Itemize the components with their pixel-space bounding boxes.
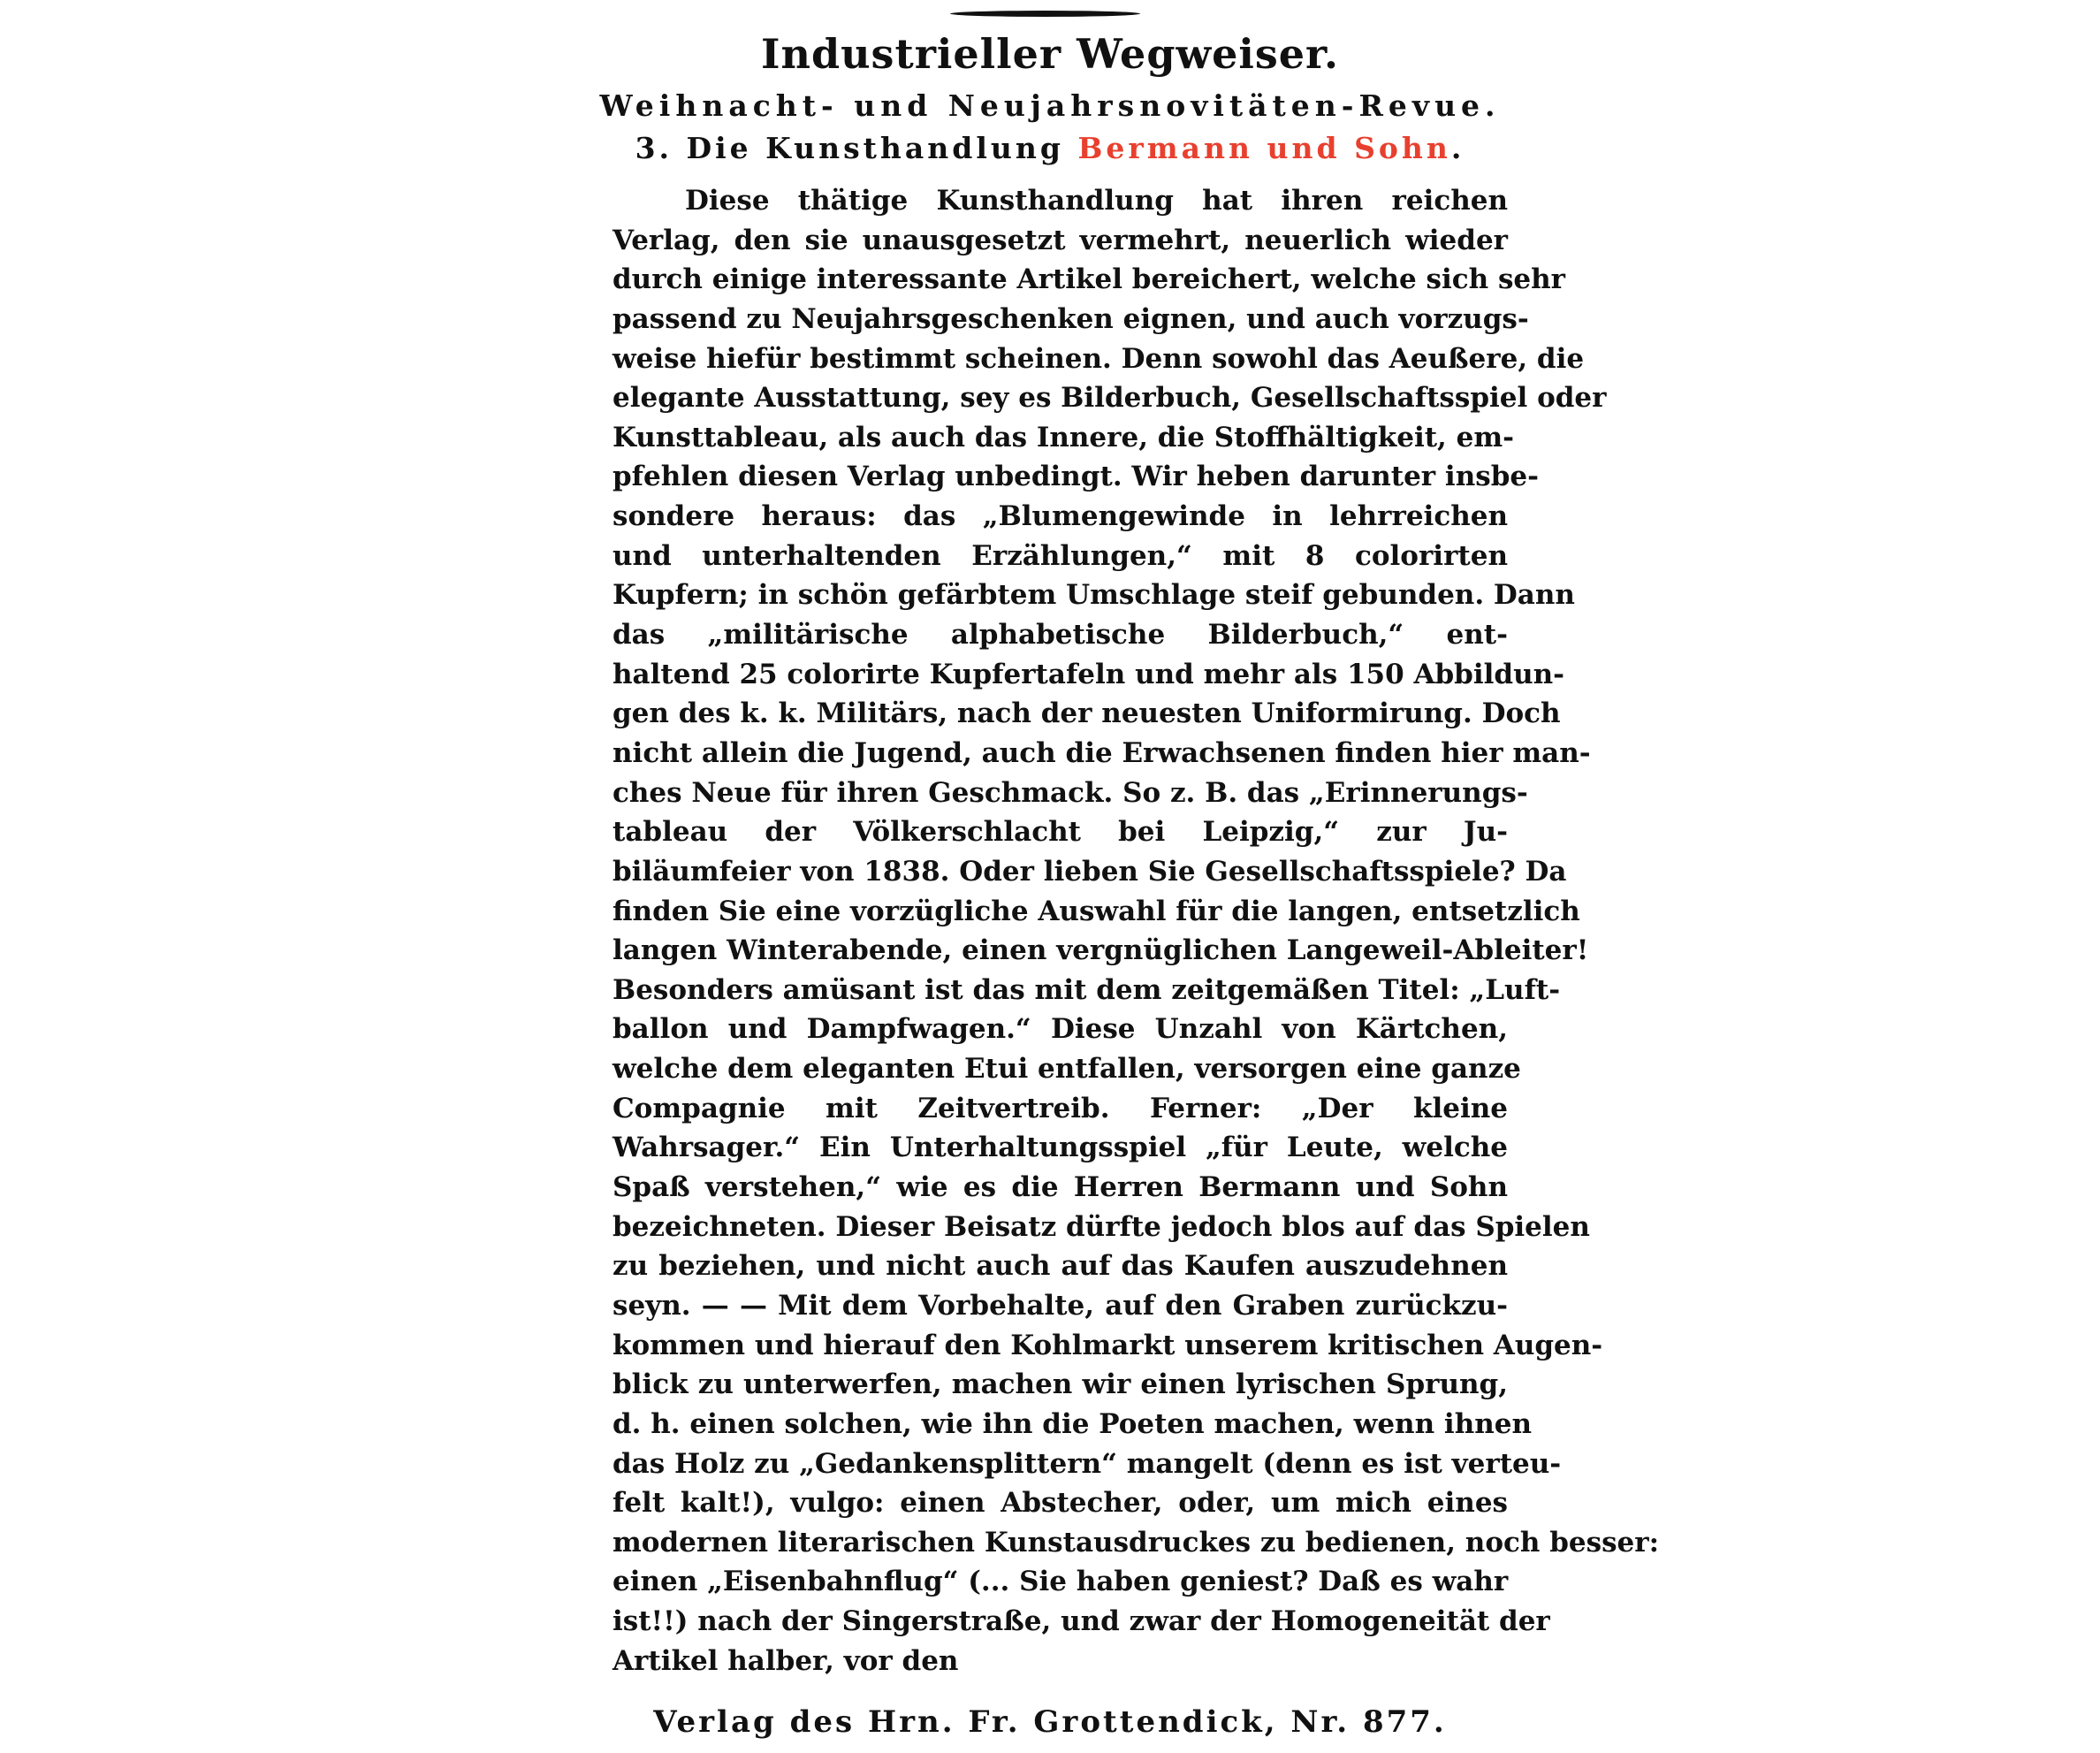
text-line: finden Sie eine vorzügliche Auswahl für …	[612, 892, 1508, 932]
text-line: weise hiefür bestimmt scheinen. Denn sow…	[612, 339, 1508, 379]
text-line: modernen literarischen Kunstausdruckes z…	[612, 1523, 1508, 1563]
text-line: passend zu Neujahrsgeschenken eignen, un…	[612, 300, 1508, 339]
text-line: tableau der Völkerschlacht bei Leipzig,“…	[612, 812, 1508, 852]
text-line: kommen und hierauf den Kohlmarkt unserem…	[612, 1326, 1508, 1366]
text-line: Kupfern; in schön gefärbtem Umschlage st…	[612, 575, 1508, 615]
text-line: Wahrsager.“ Ein Unterhaltungsspiel „für …	[612, 1128, 1508, 1168]
page-subtitle: Weihnacht- und Neujahrsnovitäten-Revue.	[0, 88, 2100, 123]
section-heading: 3. Die Kunsthandlung Bermann und Sohn.	[0, 131, 2100, 165]
section-heading-suffix: .	[1451, 131, 1465, 165]
text-line: langen Winterabende, einen vergnüglichen…	[612, 931, 1508, 971]
article-body: Diese thätige Kunsthandlung hat ihren re…	[612, 181, 1508, 1681]
text-line: sondere heraus: das „Blumengewinde in le…	[612, 497, 1508, 537]
text-line: ches Neue für ihren Geschmack. So z. B. …	[612, 774, 1508, 813]
page-title: Industrieller Wegweiser.	[0, 30, 2100, 78]
text-line: biläumfeier von 1838. Oder lieben Sie Ge…	[612, 852, 1508, 892]
text-line: blick zu unterwerfen, machen wir einen l…	[612, 1365, 1508, 1405]
decorative-rule	[950, 11, 1140, 17]
text-line: Spaß verstehen,“ wie es die Herren Berma…	[612, 1168, 1508, 1208]
section-heading-prefix: 3. Die Kunsthandlung	[635, 131, 1064, 165]
text-line: einen „Eisenbahnflug“ (... Sie haben gen…	[612, 1562, 1508, 1602]
publisher-footer: Verlag des Hrn. Fr. Grottendick, Nr. 877…	[0, 1704, 2100, 1740]
section-heading-highlight: Bermann und Sohn	[1077, 131, 1450, 165]
text-line: Artikel halber, vor den	[612, 1642, 1508, 1681]
text-line: Compagnie mit Zeitvertreib. Ferner: „Der…	[612, 1089, 1508, 1129]
text-line: und unterhaltenden Erzählungen,“ mit 8 c…	[612, 537, 1508, 576]
text-line: pfehlen diesen Verlag unbedingt. Wir heb…	[612, 457, 1508, 497]
text-line: Diese thätige Kunsthandlung hat ihren re…	[612, 181, 1508, 221]
text-line: das Holz zu „Gedankensplittern“ mangelt …	[612, 1444, 1508, 1484]
text-line: Verlag, den sie unausgesetzt vermehrt, n…	[612, 221, 1508, 261]
text-line: ist!!) nach der Singerstraße, und zwar d…	[612, 1602, 1508, 1642]
text-line: nicht allein die Jugend, auch die Erwach…	[612, 734, 1508, 774]
text-line: d. h. einen solchen, wie ihn die Poeten …	[612, 1405, 1508, 1444]
text-line: bezeichneten. Dieser Beisatz dürfte jedo…	[612, 1208, 1508, 1247]
text-line: ballon und Dampfwagen.“ Diese Unzahl von…	[612, 1010, 1508, 1049]
text-line: zu beziehen, und nicht auch auf das Kauf…	[612, 1246, 1508, 1286]
text-line: felt kalt!), vulgo: einen Abstecher, ode…	[612, 1483, 1508, 1523]
text-line: haltend 25 colorirte Kupfertafeln und me…	[612, 655, 1508, 695]
text-line: Besonders amüsant ist das mit dem zeitge…	[612, 971, 1508, 1010]
text-line: elegante Ausstattung, sey es Bilderbuch,…	[612, 378, 1508, 418]
text-line: das „militärische alphabetische Bilderbu…	[612, 615, 1508, 655]
text-line: Kunsttableau, als auch das Innere, die S…	[612, 418, 1508, 458]
text-line: durch einige interessante Artikel bereic…	[612, 260, 1508, 300]
text-line: welche dem eleganten Etui entfallen, ver…	[612, 1049, 1508, 1089]
text-line: gen des k. k. Militärs, nach der neueste…	[612, 694, 1508, 734]
text-line: seyn. — — Mit dem Vorbehalte, auf den Gr…	[612, 1286, 1508, 1326]
